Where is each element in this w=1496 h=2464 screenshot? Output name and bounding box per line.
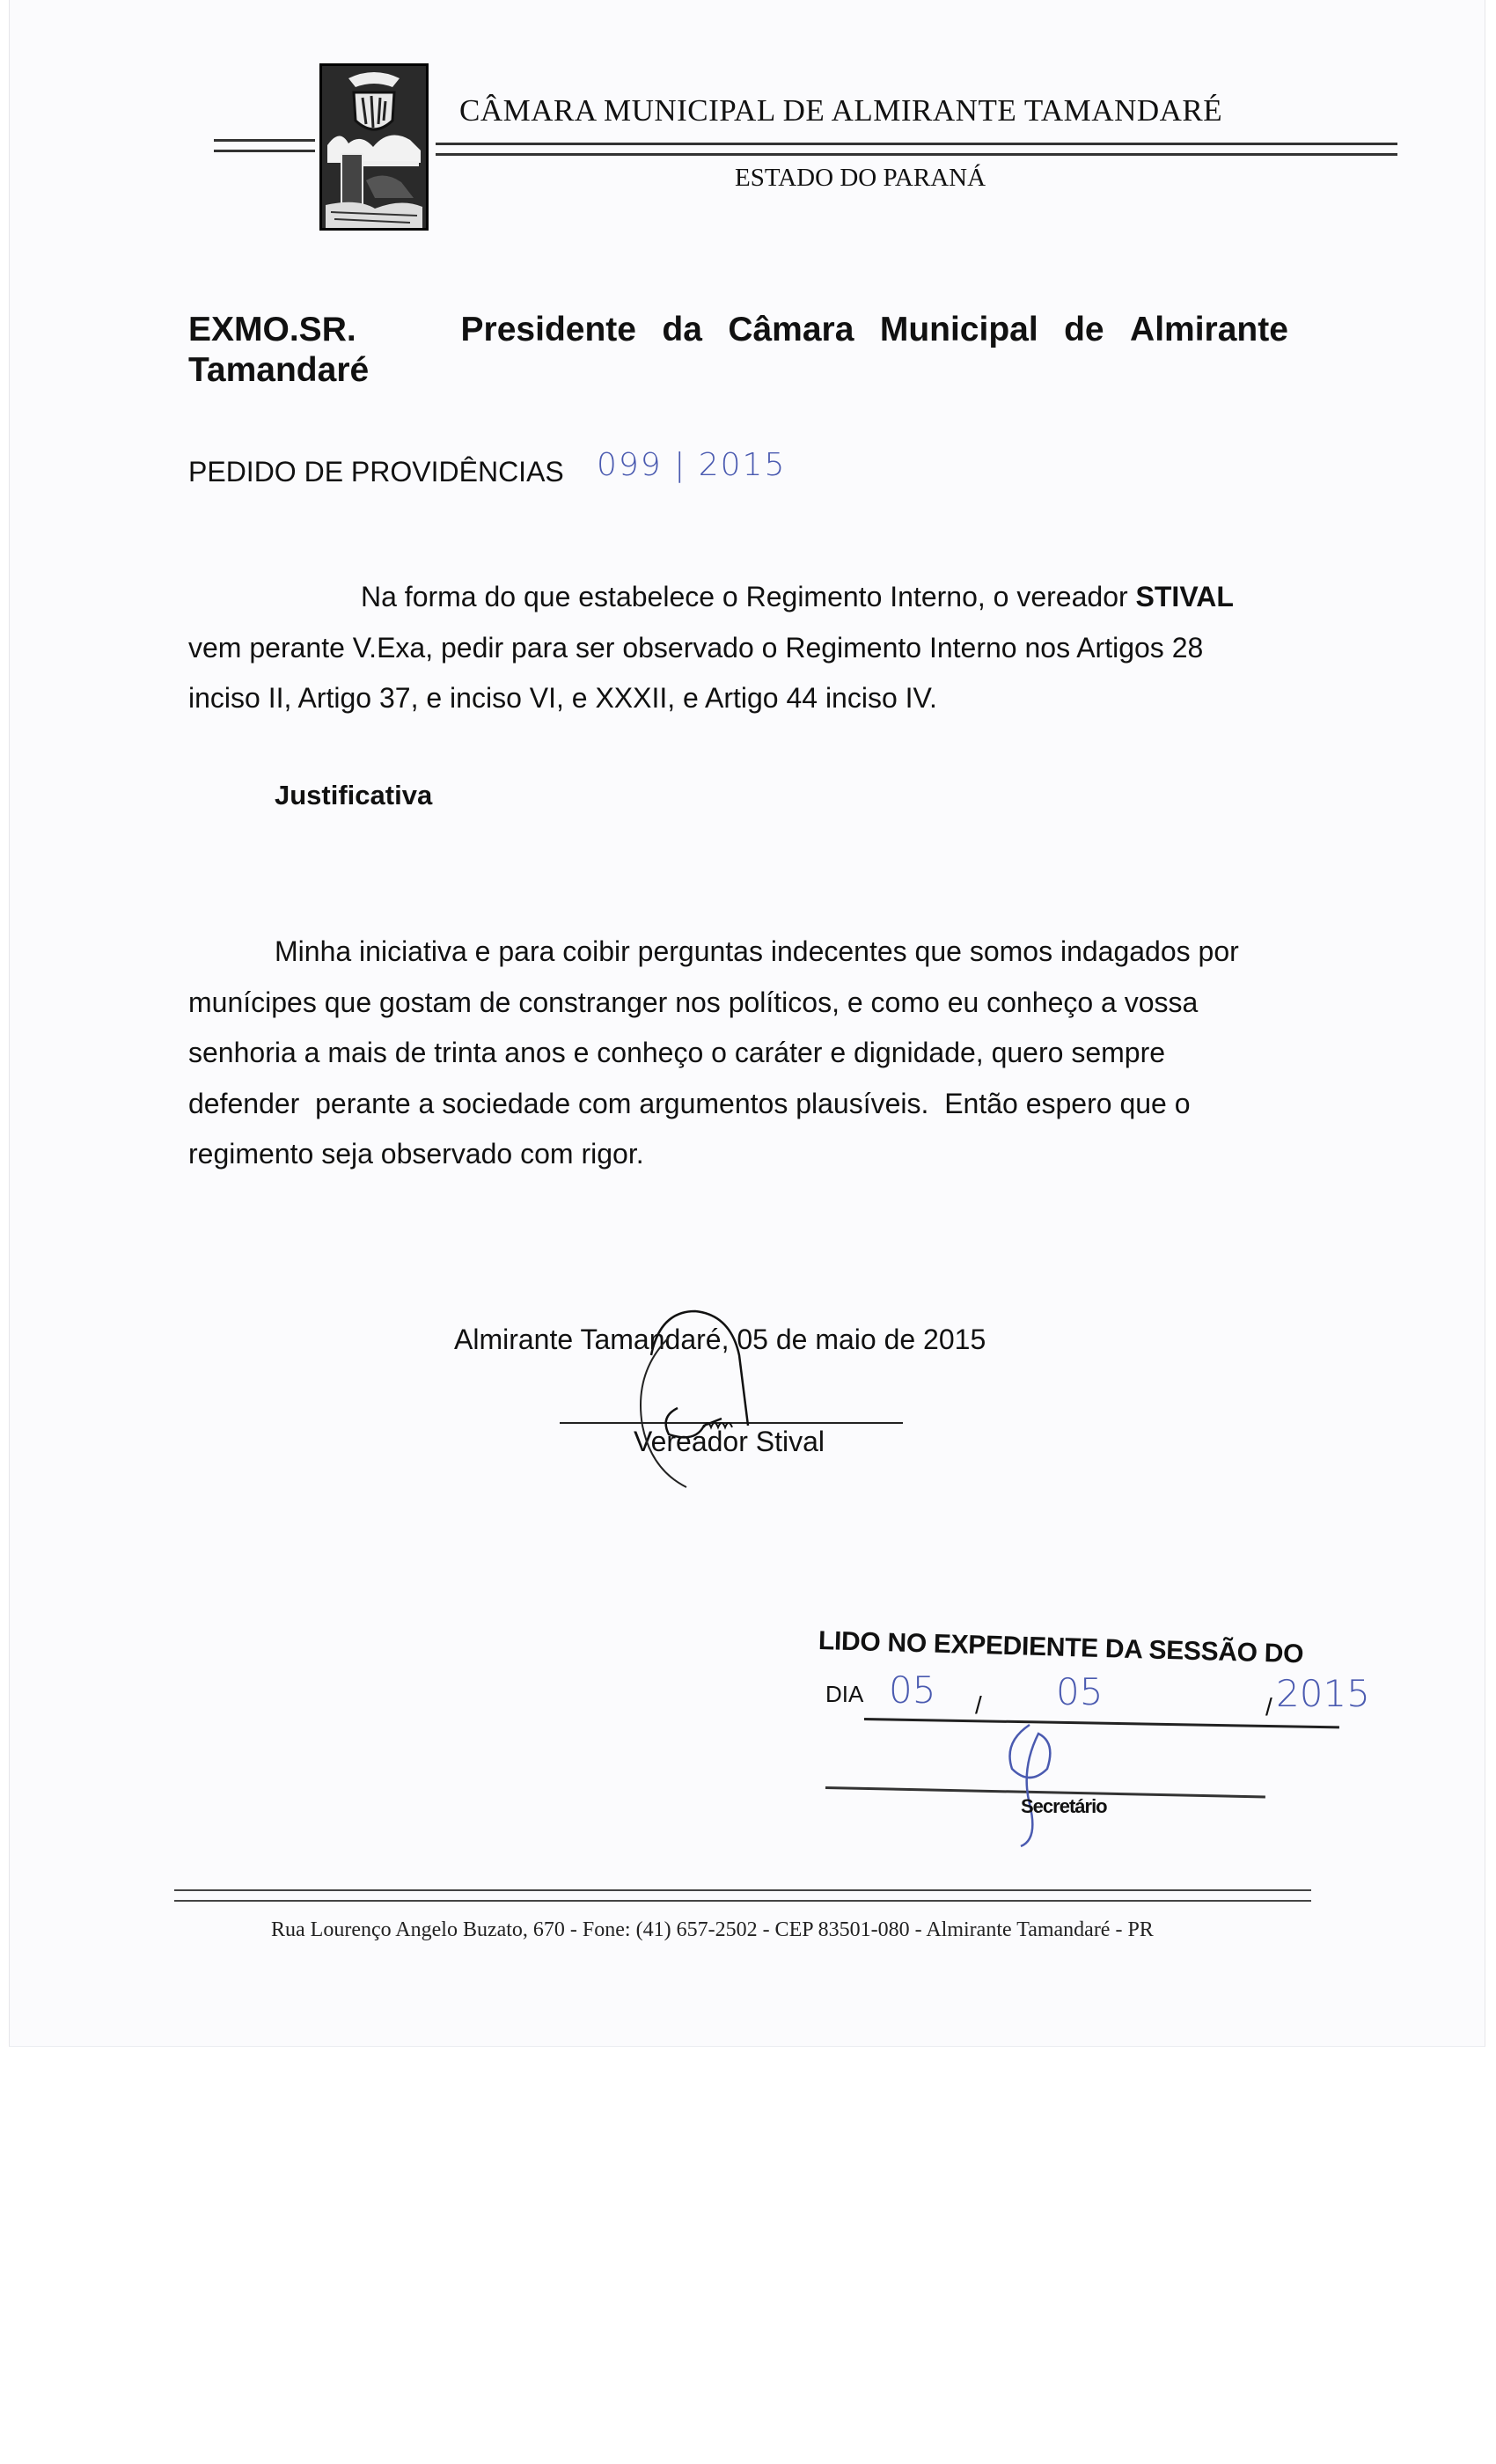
paragraph-line: Minha iniciativa e para coibir perguntas… <box>188 927 1288 978</box>
stamp-separator: / <box>1265 1693 1272 1721</box>
signer-name: Vereador Stival <box>634 1426 825 1458</box>
footer-rule-bottom <box>174 1900 1311 1902</box>
salutation: EXMO.SR. <box>188 310 356 350</box>
paragraph-line: Na forma do que estabelece o Regimento I… <box>188 572 1288 623</box>
addressee: EXMO.SR. Presidente da Câmara Municipal … <box>188 310 1288 391</box>
addressee-word: de <box>1064 310 1104 350</box>
paragraph-line: defender perante a sociedade com argumen… <box>188 1079 1288 1130</box>
institution-state: ESTADO DO PARANÁ <box>735 164 986 193</box>
justification-paragraph: Minha iniciativa e para coibir perguntas… <box>188 927 1288 1180</box>
header-rule-right-top <box>436 143 1397 145</box>
stamp-year: 2015 <box>1276 1672 1370 1715</box>
coat-of-arms-icon <box>319 63 429 231</box>
header-rule-left-bottom <box>214 150 315 152</box>
stamp-day: 05 <box>889 1668 935 1712</box>
institution-name: CÂMARA MUNICIPAL DE ALMIRANTE TAMANDARÉ <box>459 93 1222 128</box>
header-rule-right-bottom <box>436 153 1397 156</box>
reading-stamp: LIDO NO EXPEDIENTE DA SESSÃO DO DIA 05 /… <box>818 1619 1329 1839</box>
paragraph-line: vem perante V.Exa, pedir para ser observ… <box>188 623 1288 674</box>
stamp-secretary-label: Secretário <box>1021 1795 1107 1818</box>
stamp-month: 05 <box>1056 1670 1103 1713</box>
paragraph-line: regimento seja observado com rigor. <box>188 1129 1288 1180</box>
request-label: PEDIDO DE PROVIDÊNCIAS <box>188 456 564 488</box>
addressee-line2: Tamandaré <box>188 350 1288 391</box>
handwritten-request-number: 099 | 2015 <box>597 447 786 483</box>
addressee-word: Municipal <box>880 310 1038 350</box>
request-paragraph: Na forma do que estabelece o Regimento I… <box>188 572 1288 724</box>
secretary-initials-icon <box>994 1716 1074 1848</box>
paragraph-line: munícipes que gostam de constranger nos … <box>188 978 1288 1029</box>
header-rule-left-top <box>214 139 315 142</box>
addressee-word: da <box>662 310 702 350</box>
councilor-name: STIVAL <box>1136 581 1234 612</box>
justification-heading: Justificativa <box>275 780 432 811</box>
addressee-word: Presidente <box>461 310 636 350</box>
stamp-title: LIDO NO EXPEDIENTE DA SESSÃO DO <box>818 1626 1304 1669</box>
addressee-word: Almirante <box>1130 310 1288 350</box>
stamp-separator: / <box>975 1691 982 1720</box>
signature-line <box>560 1422 903 1424</box>
footer-address: Rua Lourenço Angelo Buzato, 670 - Fone: … <box>271 1918 1154 1942</box>
place-and-date: Almirante Tamandaré, 05 de maio de 2015 <box>454 1324 986 1356</box>
stamp-day-label: DIA <box>825 1681 863 1708</box>
paragraph-line: inciso II, Artigo 37, e inciso VI, e XXX… <box>188 673 1288 724</box>
paragraph-line: senhoria a mais de trinta anos e conheço… <box>188 1028 1288 1079</box>
footer-rule-top <box>174 1889 1311 1891</box>
addressee-word: Câmara <box>728 310 854 350</box>
